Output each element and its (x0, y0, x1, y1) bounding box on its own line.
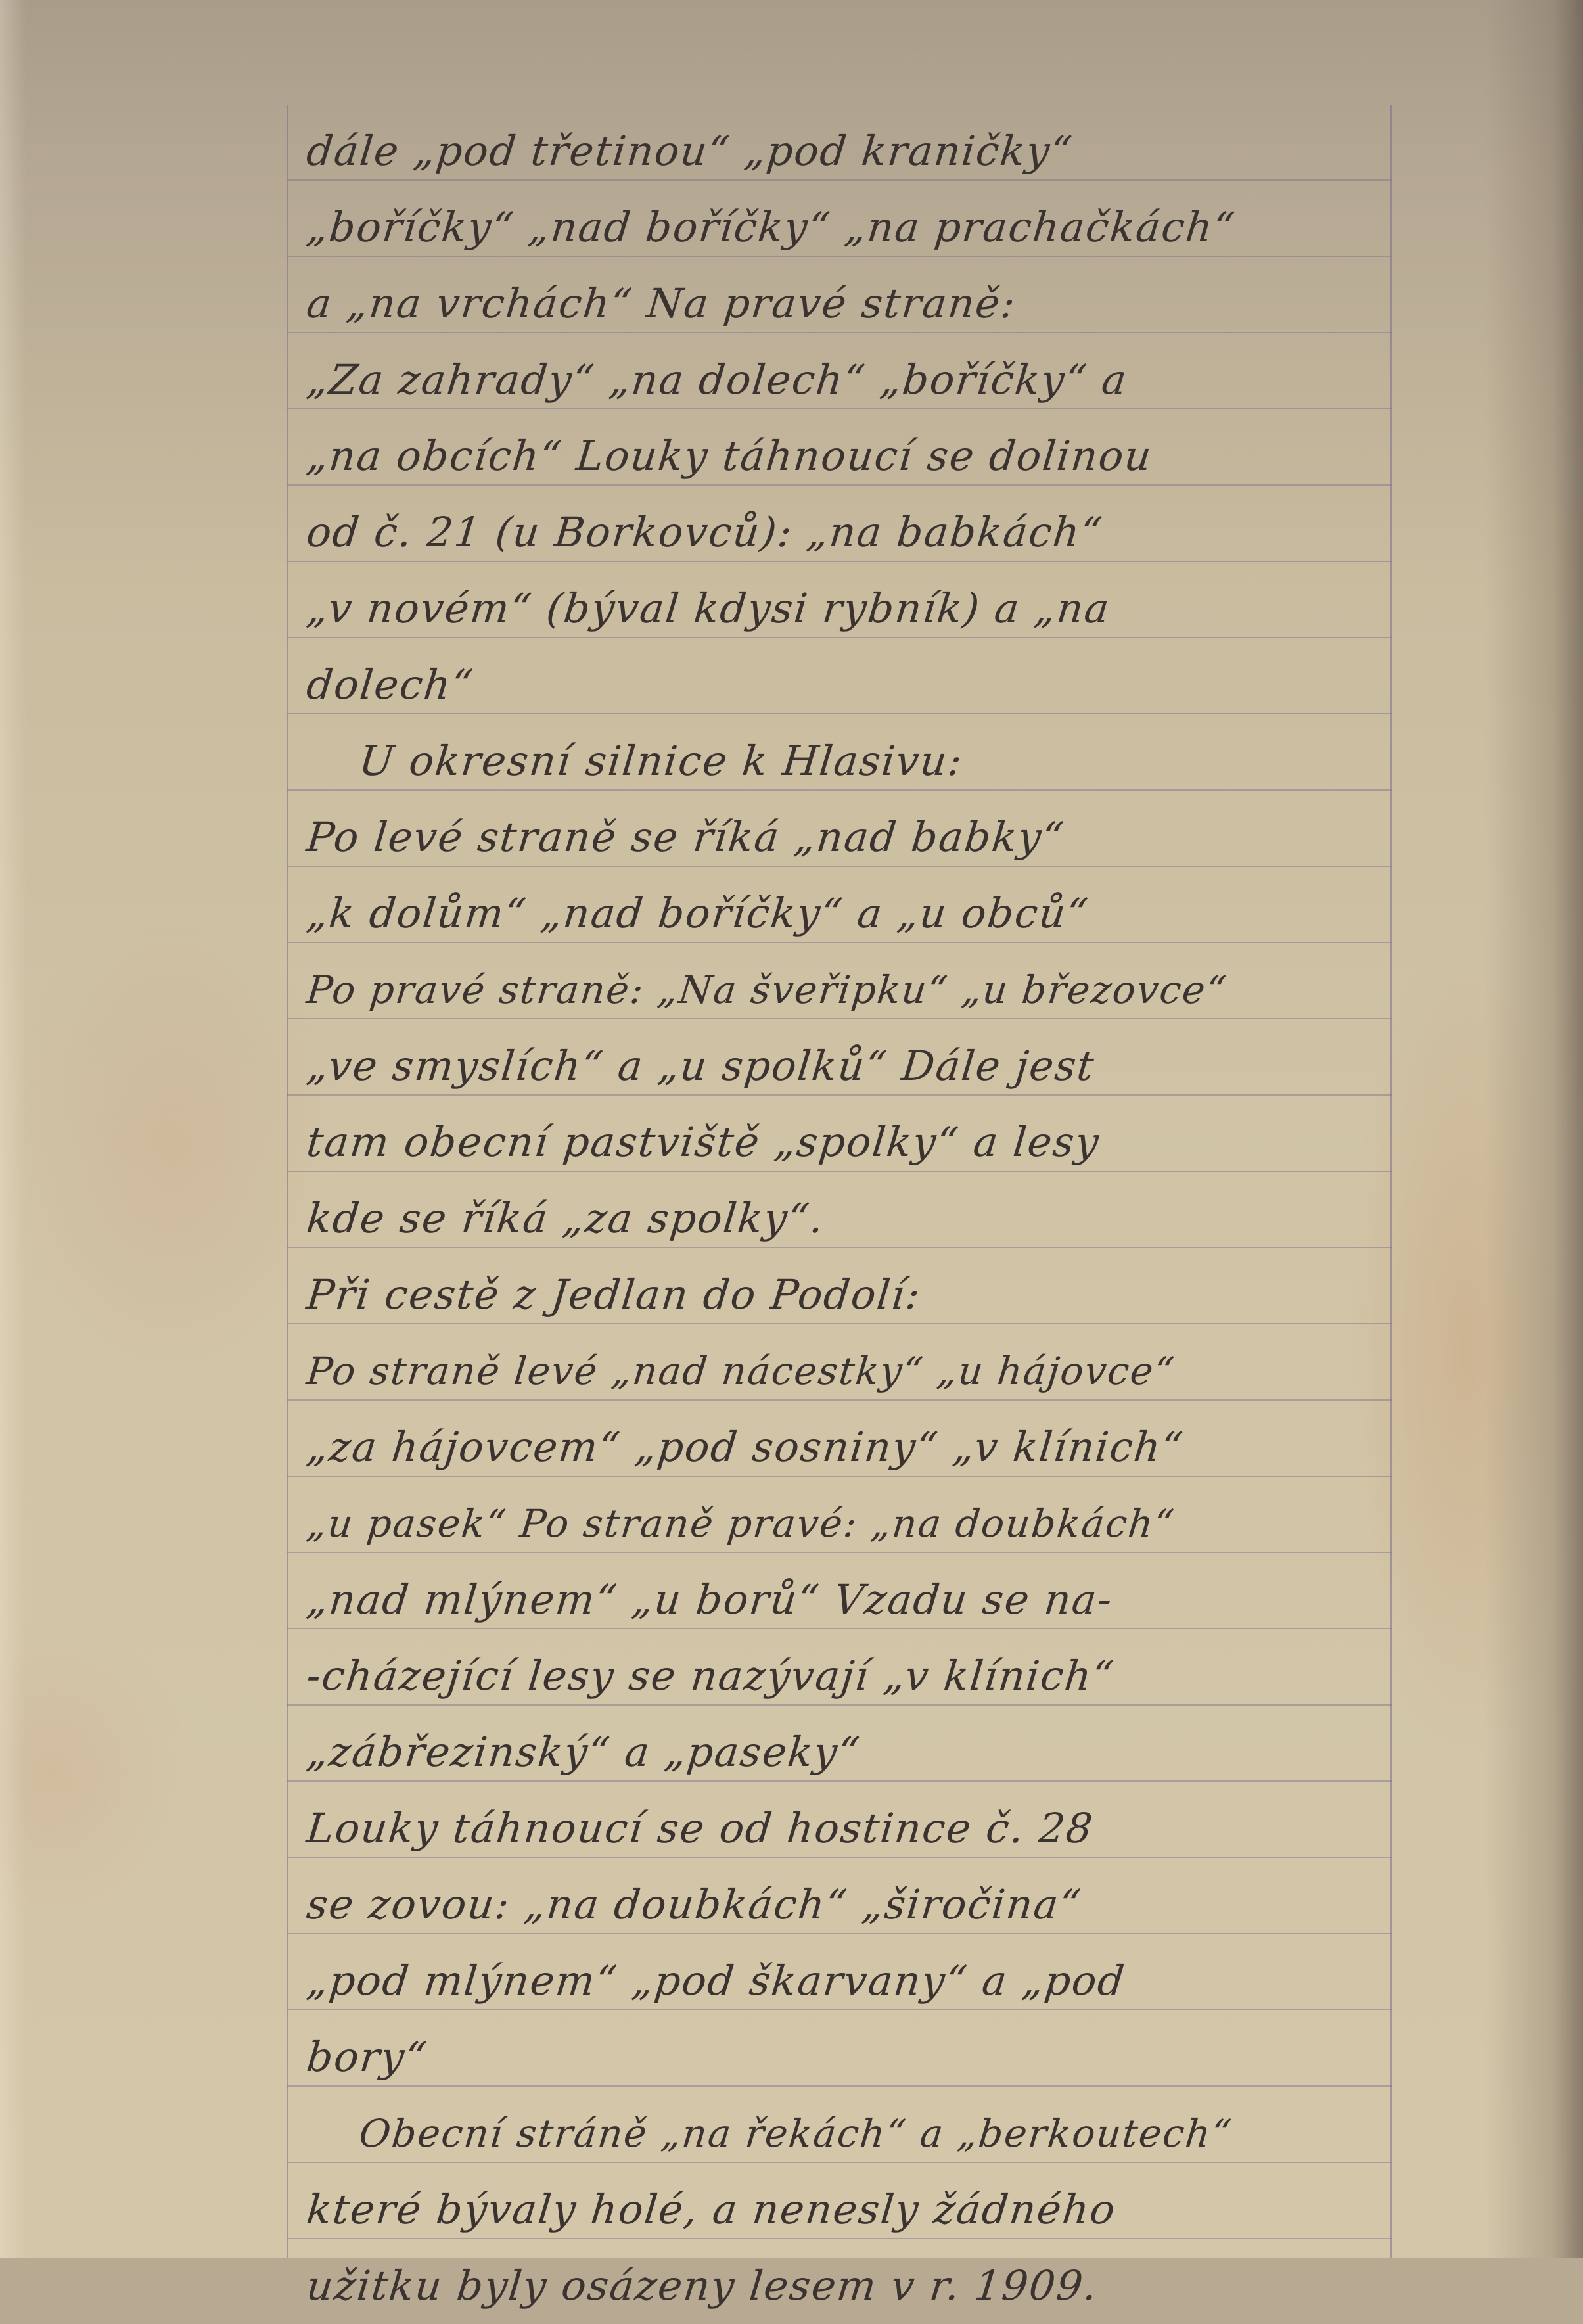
text-line: Louky táhnoucí se od hostince č. 28 (303, 1790, 1402, 1867)
text-line: dolech“ (303, 647, 1402, 723)
text-line: „Za zahrady“ „na dolech“ „boříčky“ a (303, 342, 1402, 418)
text-line: -cházející lesy se nazývají „v klínich“ (303, 1638, 1402, 1714)
page-edge-left (0, 0, 26, 2258)
section-heading: Při cestě z Jedlan do Podolí: (303, 1257, 1402, 1333)
text-line: kde se říká „za spolky“. (303, 1180, 1402, 1257)
text-line: „boříčky“ „nad boříčky“ „na prachačkách“ (303, 189, 1402, 266)
text-line: „v novém“ (býval kdysi rybník) a „na (303, 570, 1402, 647)
margin-line-left (287, 105, 288, 2258)
text-line: a „na vrchách“ Na pravé straně: (303, 266, 1402, 342)
text-line: se zovou: „na doubkách“ „širočina“ (303, 1867, 1402, 1943)
text-line: Po levé straně se říká „nad babky“ (303, 799, 1402, 875)
text-line: „za hájovcem“ „pod sosniny“ „v klínich“ (303, 1409, 1402, 1485)
text-line: bory“ (303, 2019, 1402, 2095)
text-line: „u pasek“ Po straně pravé: „na doubkách“ (303, 1485, 1402, 1562)
page-shadow-right (1484, 0, 1583, 2258)
text-line: které bývaly holé, a nenesly žádného (303, 2172, 1402, 2248)
text-line: tam obecní pastviště „spolky“ a lesy (303, 1104, 1402, 1180)
paper-page: dále „pod třetinou“ „pod kraničky“ „boří… (0, 0, 1583, 2258)
text-line: Po pravé straně: „Na šveřipku“ „u březov… (303, 952, 1402, 1028)
text-line: od č. 21 (u Borkovců): „na babkách“ (303, 494, 1402, 570)
section-heading: U okresní silnice k Hlasivu: (356, 723, 1454, 799)
text-line: Po straně levé „nad nácestky“ „u hájovce… (303, 1333, 1402, 1409)
text-line: „zábřezinský“ a „paseky“ (303, 1714, 1402, 1790)
text-line: „ve smyslích“ a „u spolků“ Dále jest (303, 1028, 1402, 1104)
text-line: dále „pod třetinou“ „pod kraničky“ (303, 113, 1402, 189)
text-line: „nad mlýnem“ „u borů“ Vzadu se na- (303, 1562, 1402, 1638)
text-line: užitku byly osázeny lesem v r. 1909. (303, 2248, 1402, 2258)
text-line: „na obcích“ Louky táhnoucí se dolinou (303, 418, 1402, 494)
text-line: „k dolům“ „nad boříčky“ a „u obců“ (303, 875, 1402, 952)
text-line: „pod mlýnem“ „pod škarvany“ a „pod (303, 1943, 1402, 2019)
paragraph-start: Obecní stráně „na řekách“ a „berkoutech“ (356, 2095, 1454, 2172)
